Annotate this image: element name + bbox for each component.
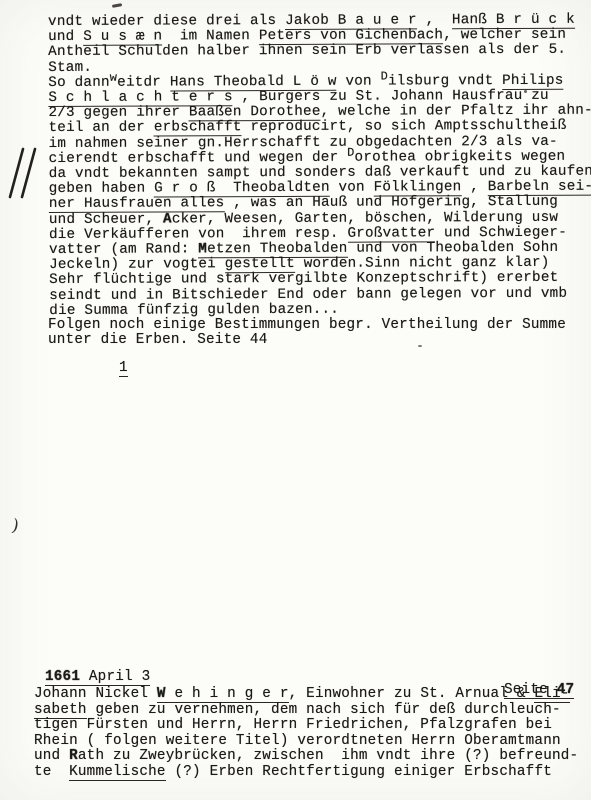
text-segment: von <box>330 180 374 196</box>
text-segment: e h i n g e r <box>166 686 289 703</box>
text-line: unter die Erben. Seite 44 <box>48 333 568 348</box>
text-segment: Stam. <box>48 59 92 75</box>
text-line: und Rath zu Zweybrücken, zwischen ihm vn… <box>34 749 584 765</box>
text-segment: , <box>417 12 452 28</box>
text-segment: D <box>381 69 388 83</box>
text-segment: von <box>337 73 381 89</box>
margin-double-slash-mark <box>7 146 39 200</box>
text-segment: ath zu Zweybrücken, zwischen ihm vndt ih… <box>78 748 578 764</box>
text-segment: und <box>48 29 83 45</box>
text-segment: w <box>110 71 117 85</box>
ink-tick-mark <box>112 3 122 7</box>
text-segment: D <box>347 145 354 159</box>
text-segment: Folgen noch einige Bestimmungen begr. Ve… <box>48 317 566 333</box>
text-line: Johann Nickel W e h i n g e r, Einwohner… <box>34 687 584 703</box>
text-segment: tigen Fürsten und Herrn, Herrn Friedrich… <box>34 717 552 733</box>
text-segment: ilsburg vndt <box>388 73 502 89</box>
text-segment: Eli- <box>534 686 569 703</box>
text-segment: A <box>163 211 172 227</box>
text-segment: te <box>34 764 69 780</box>
text-line: sabeth geben zu vernehmen, dem nach sich… <box>34 703 584 719</box>
note-paragraph: Folgen noch einige Bestimmungen begr. Ve… <box>48 318 568 348</box>
footer-paragraph: Johann Nickel W e h i n g e r, Einwohner… <box>34 687 584 781</box>
text-line: Antheil Schulden halber ihnen sein Erb v… <box>48 43 588 61</box>
text-line: tigen Fürsten und Herrn, Herrn Friedrich… <box>34 718 584 734</box>
text-segment: Johann Nickel <box>34 686 157 702</box>
text-line: Folgen noch einige Bestimmungen begr. Ve… <box>48 318 568 333</box>
text-segment: Kummelische <box>69 764 166 781</box>
text-line: te Kummelische (?) Erben Rechtfertigung … <box>34 765 584 781</box>
text-segment: eitdr <box>117 74 170 90</box>
text-line: 1 <box>119 361 128 376</box>
text-segment: R <box>69 748 78 764</box>
text-segment: 1 <box>119 360 128 377</box>
text-line: 1661 April 3 <box>45 670 150 685</box>
text-segment: unter die Erben. Seite 44 <box>48 332 268 348</box>
text-segment: , Einwohner zu St. Arnual & <box>289 686 535 702</box>
document-page: ) vndt wieder diese drei als Jakob B a u… <box>0 0 591 800</box>
text-segment: und Schwieger- <box>435 225 567 242</box>
main-paragraph: vndt wieder diese drei als Jakob B a u e… <box>48 13 589 319</box>
footnote-number: 1 <box>119 361 128 376</box>
ink-squiggle-mark: ) <box>10 516 21 537</box>
text-segment: April 3 <box>80 669 150 686</box>
text-segment: und Scheuer, <box>49 211 163 227</box>
text-segment: Rhein ( folgen weitere Titel) verordtnet… <box>34 733 561 749</box>
footer-date-line: 1661 April 3 <box>45 670 150 685</box>
text-segment: 1661 <box>45 669 80 686</box>
text-segment: , <box>461 179 487 195</box>
text-segment: und <box>34 748 69 764</box>
text-segment: W <box>157 686 166 703</box>
text-segment: Antheil Schulden halber ihnen sein Erb v… <box>48 42 566 60</box>
text-segment: (?) Erben Rechtfertigung einiger Erbscha… <box>166 764 552 780</box>
text-segment: teil an der <box>48 120 153 136</box>
text-segment: geben zu vernehmen, dem nach sich für de… <box>87 702 561 718</box>
text-segment: So dann <box>48 75 110 91</box>
